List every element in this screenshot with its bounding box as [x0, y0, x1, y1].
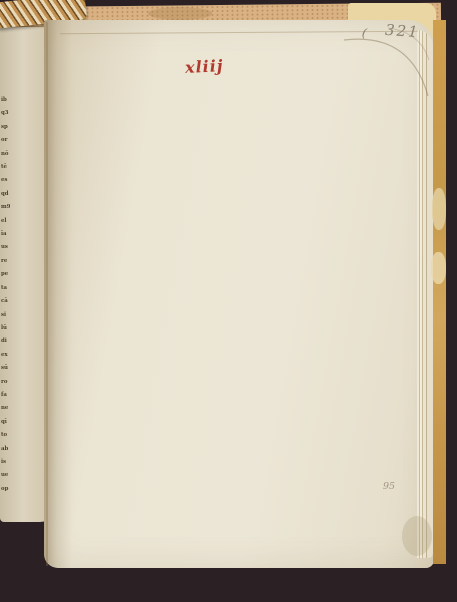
text-column-right: hoc sic notatur ut dicatur peccatū ī spū…: [238, 96, 394, 488]
pencil-annotation: 321: [384, 21, 420, 41]
text-column-left: est huiusmōi. q' eius spēs sunt desperat…: [78, 96, 231, 488]
folio-number: 95: [383, 481, 395, 492]
stain: [148, 7, 212, 20]
stain: [402, 516, 432, 556]
text-block: est huiusmōi. q' eius spēs sunt desperat…: [78, 96, 396, 488]
book-photo: ib q3 sp or nō tē es qd m9 el īa us re p…: [0, 0, 457, 602]
chapter-numeral: xliij: [185, 56, 225, 77]
gutter-text-fragments: ib q3 sp or nō tē es qd m9 el īa us re p…: [1, 94, 10, 514]
stain: [432, 188, 446, 230]
gutter-shadow: [44, 20, 72, 568]
stain: [431, 252, 446, 284]
gutter-crease: [46, 22, 48, 566]
